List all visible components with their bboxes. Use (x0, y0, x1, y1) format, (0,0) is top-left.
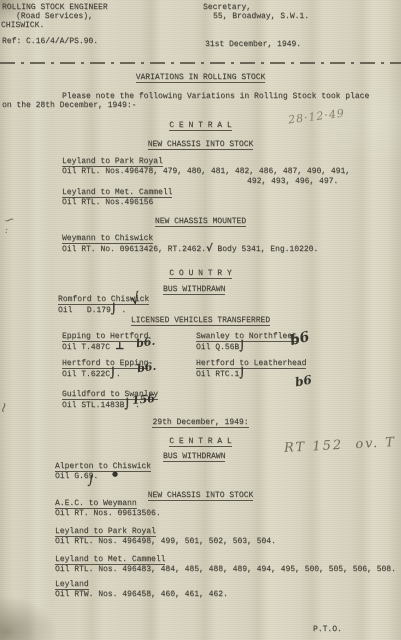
intro-line-2: on the 28th December, 1949:- (2, 101, 136, 110)
footer-pto: P.T.O. (313, 625, 342, 634)
entry-heading: Weymann to Chiswick (62, 234, 153, 243)
entry-numbers: Oil RTL. Nos. 496483, 484, 485, 488, 489… (55, 565, 396, 574)
scanned-document-page: ROLLING STOCK ENGINEER (Road Services), … (0, 0, 401, 640)
entry-numbers: Oil RTL. Nos. 496498, 499, 501, 502, 503… (55, 537, 276, 546)
pen-tick-icon: √ (206, 243, 213, 254)
pen-mark-icon: b6 (288, 329, 311, 349)
transfer-numbers: Oil T.487C ⊥ (62, 342, 124, 352)
pen-perp-icon: ⊥ (115, 341, 125, 352)
office-line-1: ROLLING STOCK ENGINEER (2, 3, 108, 12)
pen-hook-icon: ⌡ (87, 476, 94, 488)
entry-heading: Leyland (55, 580, 89, 589)
transfer-heading: Hertford to Leatherhead (196, 359, 306, 368)
heading-bus-withdrawn-1: BUS WITHDRAWN (163, 285, 225, 294)
intro-line-1: Please note the following Variations in … (62, 92, 369, 101)
heading-new-chassis-mounted: NEW CHASSIS MOUNTED (0, 217, 401, 226)
entry-heading: A.E.C. to Weymann (55, 499, 137, 508)
pen-scribble-icon: √ (128, 289, 141, 309)
entry-heading: Leyland to Met. Cammell (55, 555, 165, 564)
heading-new-chassis-into-stock-1: NEW CHASSIS INTO STOCK (0, 140, 401, 149)
entry-heading: Alperton to Chiswick (55, 462, 151, 471)
section-central-1: C E N T R A L (0, 121, 401, 130)
document-date: 31st December, 1949. (205, 40, 301, 49)
office-line-2: (Road Services), (16, 12, 93, 21)
transfer-numbers: Oil T.622C⌡. (62, 369, 121, 379)
pen-hook-icon: ⌡ (239, 368, 245, 379)
entry-numbers: Oil RTL. Nos.496478, 479, 480, 481, 482,… (62, 167, 350, 176)
margin-squiggle-icon: ≀ (0, 400, 5, 416)
entry-numbers: Oil RT. No. 09613426, RT.2462.√ Body 534… (62, 244, 318, 254)
entry-numbers: Oil RTW. Nos. 496458, 460, 461, 462. (55, 590, 228, 599)
office-line-3: CHISWICK. (1, 21, 44, 30)
heading-bus-withdrawn-2: BUS WITHDRAWN (163, 452, 225, 461)
section-country: C O U N T R Y (0, 269, 401, 278)
recipient-line-1: Secretary, (203, 3, 251, 12)
transfer-numbers: Oil RTC.1⌡ (196, 369, 245, 379)
pen-mark-icon: 156 (131, 392, 155, 407)
entry-heading: Leyland to Park Royal (62, 157, 163, 166)
pen-blob-icon: ● (112, 469, 118, 478)
entry-numbers: Oil RT. Nos. 09613506. (55, 509, 161, 518)
heading-licensed-vehicles-transferred: LICENSED VEHICLES TRANSFERRED (0, 316, 401, 325)
pen-mark-icon: b6. (136, 360, 157, 376)
pen-hook-icon: ⌡ (239, 341, 245, 352)
entry-numbers: Oil RTL. Nos.496156 (62, 198, 153, 207)
document-title: VARIATIONS IN ROLLING STOCK (0, 73, 401, 82)
divider-dashed-rule (0, 62, 401, 64)
entry-numbers: Oil D.179⌡ . (58, 305, 126, 315)
transfer-numbers: Oil Q.56B⌡ (196, 342, 245, 352)
entry-numbers-continued: 492, 493, 496, 497. (247, 177, 338, 186)
recipient-line-2: 55, Broadway, S.W.1. (213, 12, 309, 21)
pen-mark-icon: b6. (135, 335, 156, 351)
entry-heading: Leyland to Met. Cammell (62, 188, 172, 197)
reference-number: Ref: C.16/4/A/PS.90. (2, 37, 98, 46)
transfer-numbers: Oil STL.1483B⌡ . (62, 400, 140, 410)
pen-mark-icon: b6 (294, 373, 313, 390)
entry-heading: Leyland to Park Royal (55, 527, 156, 536)
heading-29th-december: 29th December, 1949: (0, 418, 401, 427)
transfer-heading: Swanley to Northfleet (196, 332, 297, 341)
margin-dot-icon: : (5, 226, 8, 236)
